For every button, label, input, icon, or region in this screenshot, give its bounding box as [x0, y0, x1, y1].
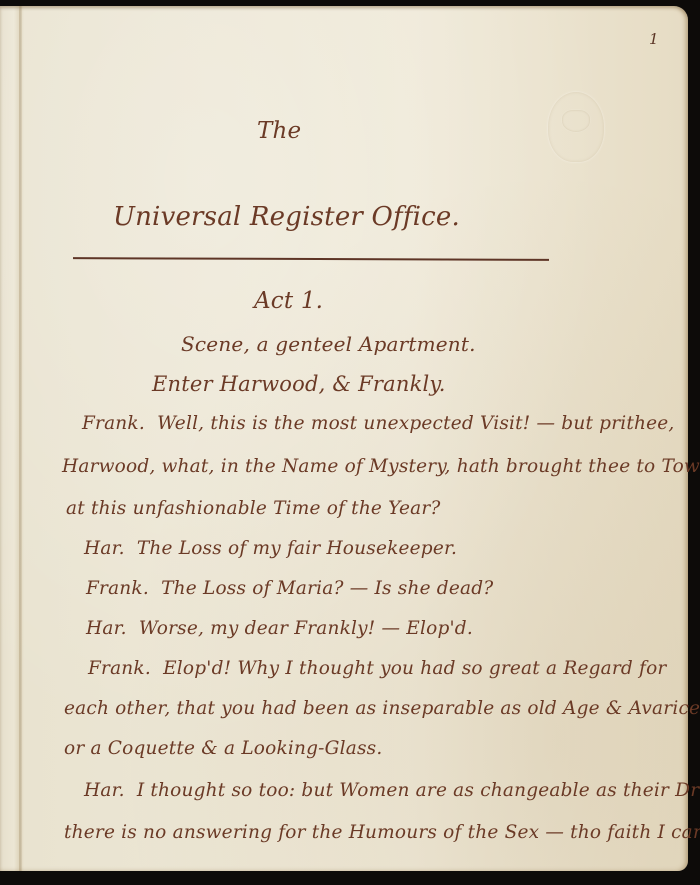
dialogue-text: Worse, my dear Frankly! — Elop'd. [139, 618, 473, 639]
dialogue-text: Harwood, what, in the Name of Mystery, h… [62, 456, 700, 477]
dialogue-line: each other, that you had been as insepar… [64, 698, 700, 719]
dialogue-line: Frank. The Loss of Maria? — Is she dead? [86, 578, 493, 599]
act-heading: Act 1. [254, 288, 323, 314]
dialogue-line: Har. I thought so too: but Women are as … [84, 780, 700, 801]
title-the: The [257, 118, 301, 144]
speaker-name: Har. [86, 618, 127, 639]
embossed-stamp-icon [548, 92, 604, 162]
dialogue-text: there is no answering for the Humours of… [64, 822, 700, 843]
dialogue-line: there is no answering for the Humours of… [64, 822, 700, 843]
dialogue-line: Har. The Loss of my fair Housekeeper. [84, 538, 457, 559]
dialogue-text: The Loss of Maria? — Is she dead? [161, 578, 493, 599]
speaker-name: Frank. [86, 578, 149, 599]
dialogue-line: Har. Worse, my dear Frankly! — Elop'd. [86, 618, 473, 639]
scene-heading: Scene, a genteel Apartment. [181, 332, 476, 356]
play-title: Universal Register Office. [113, 202, 460, 232]
dialogue-text: or a Coquette & a Looking-Glass. [64, 738, 382, 759]
dialogue-line: Frank. Well, this is the most unexpected… [82, 413, 675, 434]
title-underline-divider [73, 257, 549, 261]
speaker-name: Frank. [88, 658, 151, 679]
folio-number: 1 [649, 30, 659, 48]
manuscript-page: 1 The Universal Register Office. Act 1. … [0, 6, 688, 871]
speaker-name: Har. [84, 780, 125, 801]
dialogue-text: I thought so too: but Women are as chang… [137, 780, 700, 801]
binding-gutter [19, 6, 22, 871]
dialogue-line: Harwood, what, in the Name of Mystery, h… [62, 456, 700, 477]
dialogue-line: or a Coquette & a Looking-Glass. [64, 738, 382, 759]
stage-direction: Enter Harwood, & Frankly. [152, 372, 446, 396]
speaker-name: Frank. [82, 413, 145, 434]
speaker-name: Har. [84, 538, 125, 559]
dialogue-text: Well, this is the most unexpected Visit!… [157, 413, 674, 434]
dialogue-line: Frank. Elop'd! Why I thought you had so … [88, 658, 666, 679]
dialogue-text: each other, that you had been as insepar… [64, 698, 700, 719]
dialogue-text: The Loss of my fair Housekeeper. [137, 538, 457, 559]
dialogue-text: Elop'd! Why I thought you had so great a… [163, 658, 666, 679]
dialogue-text: at this unfashionable Time of the Year? [66, 498, 441, 519]
dialogue-line: at this unfashionable Time of the Year? [66, 498, 441, 519]
